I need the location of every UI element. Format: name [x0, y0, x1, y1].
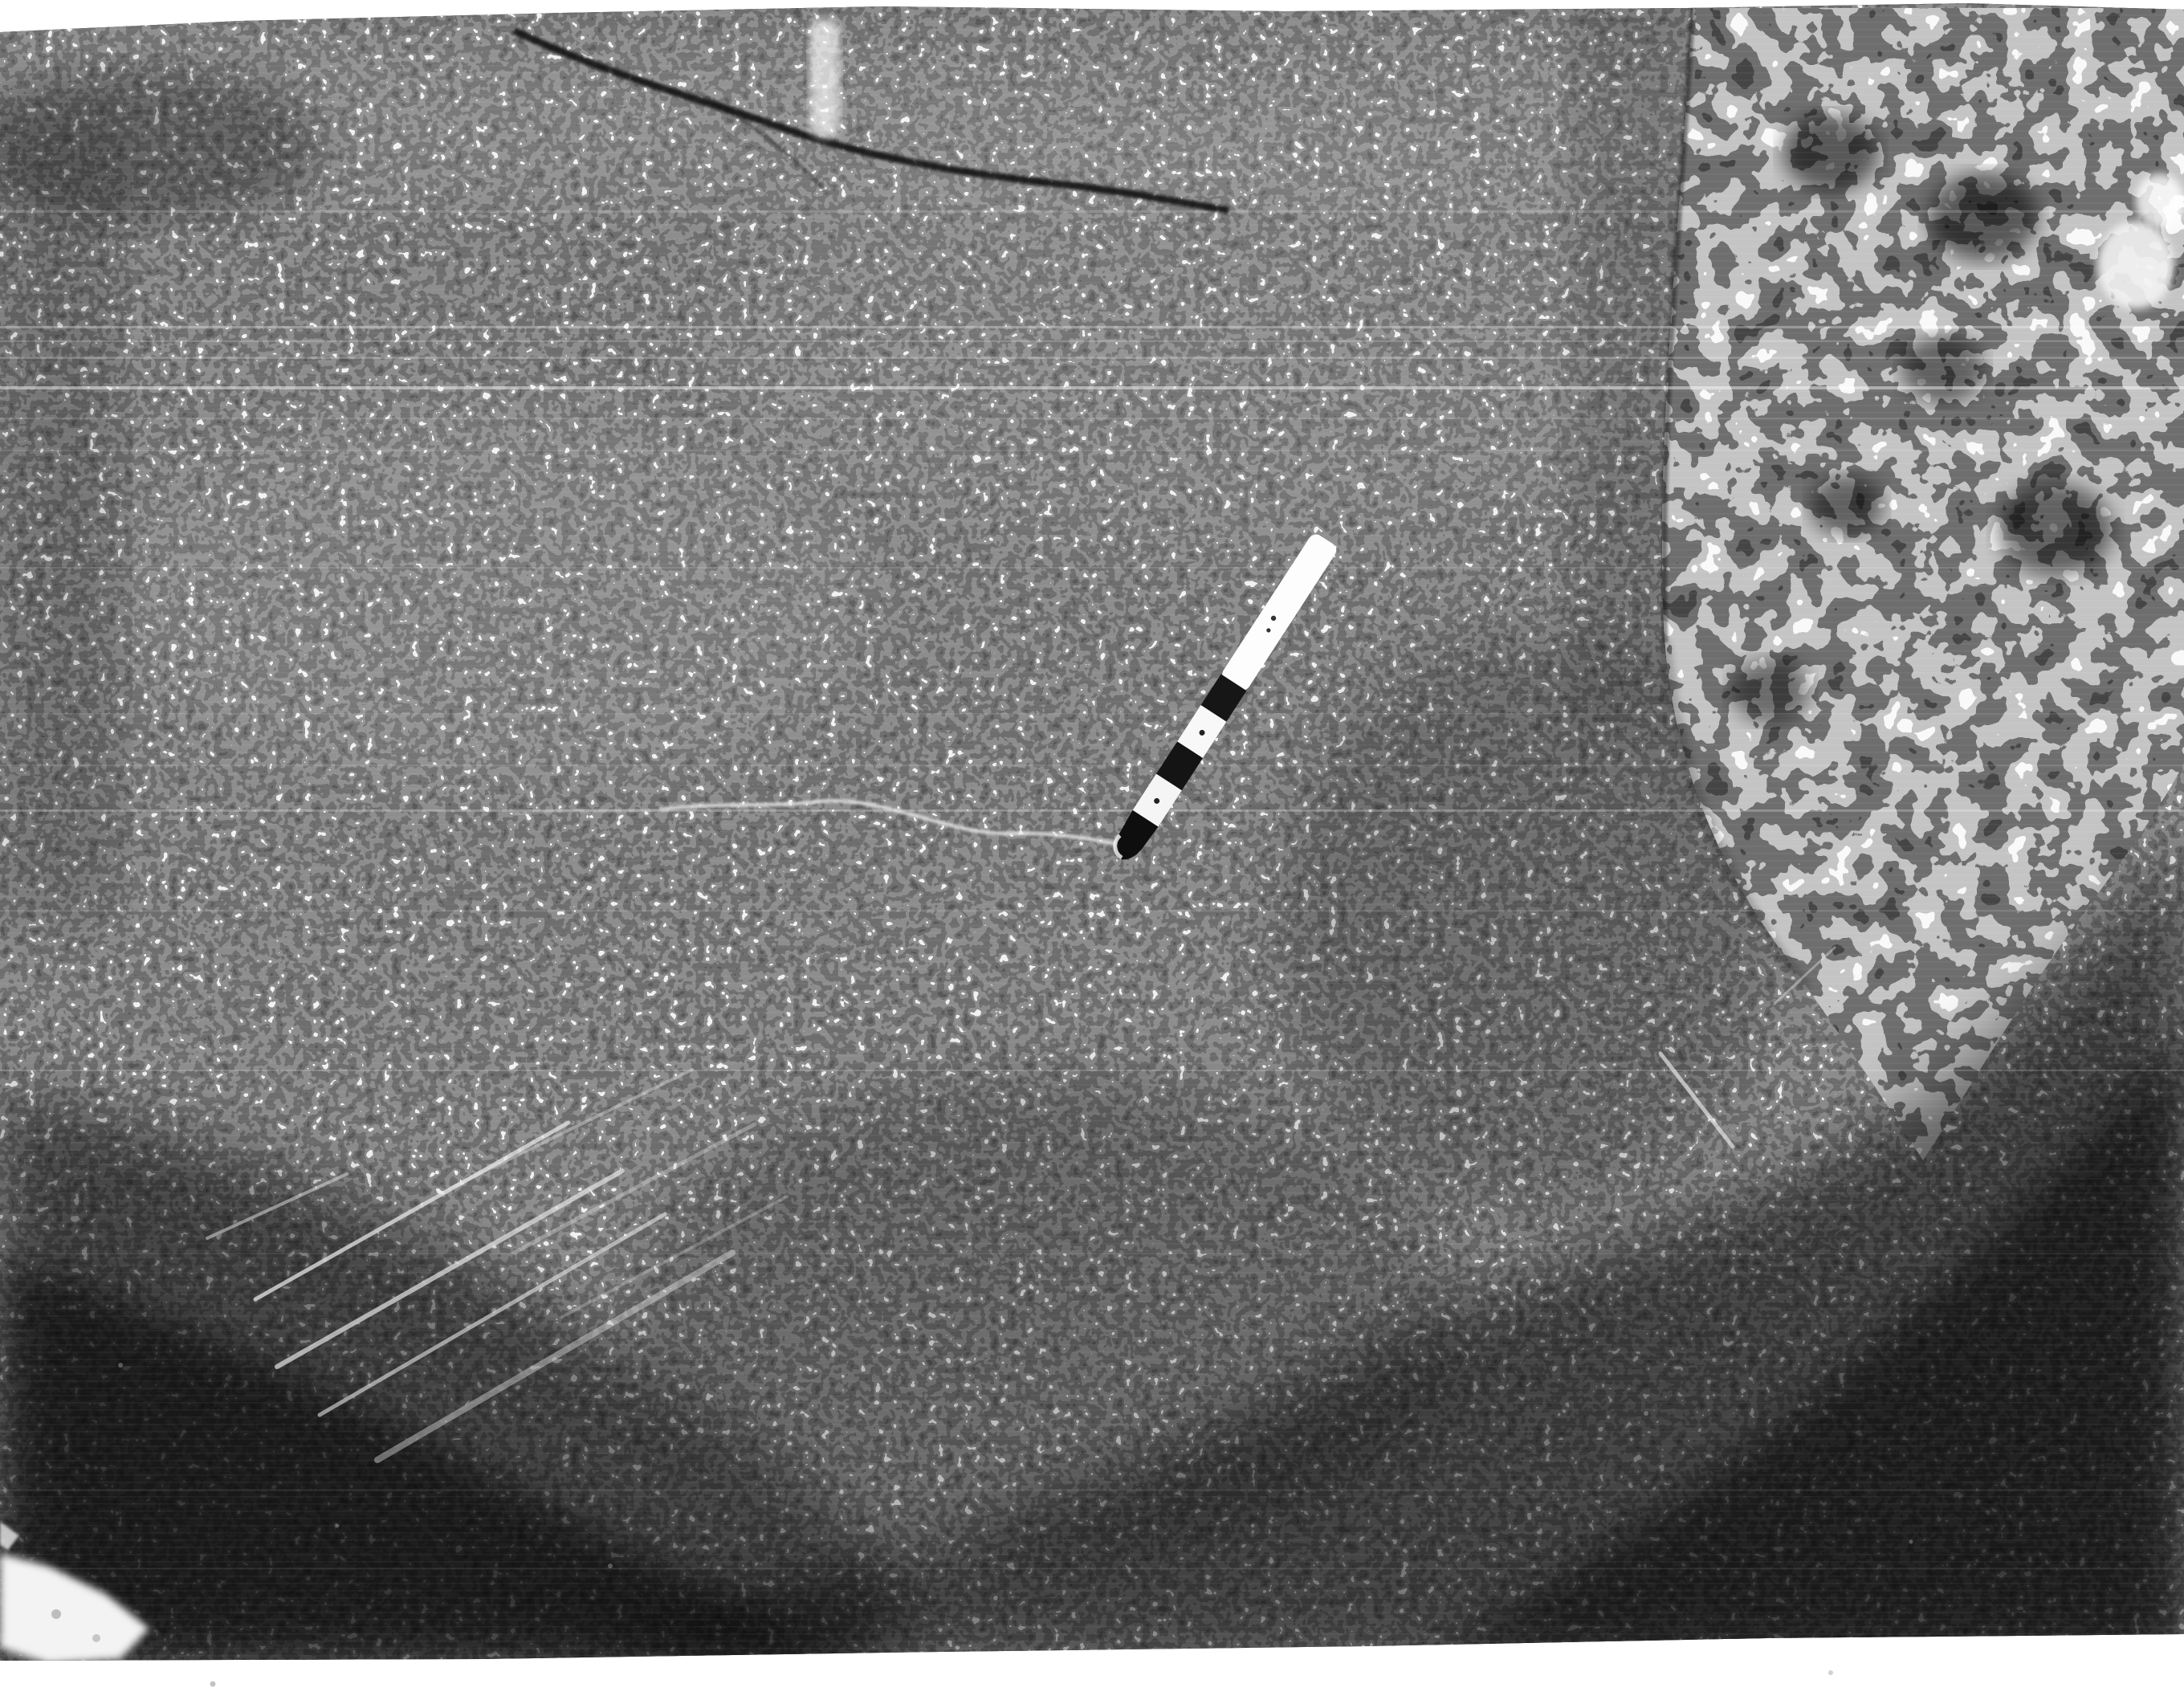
scan-texture — [0, 0, 2184, 1696]
scan-line — [0, 1490, 2184, 1491]
clast-speckle — [92, 1634, 100, 1642]
scan-line — [0, 357, 2184, 359]
scan-line — [0, 340, 2184, 342]
scan-line — [0, 210, 2184, 213]
scan-line — [0, 450, 2184, 451]
photocopy-page — [0, 0, 2184, 1696]
scan-line — [0, 1070, 2184, 1071]
scan-line — [0, 1253, 2184, 1254]
margin-speck — [210, 1682, 216, 1687]
scan-line — [0, 713, 2184, 715]
scan-line — [0, 326, 2184, 328]
scan-line — [0, 567, 2184, 569]
margin-speck — [1828, 1670, 1833, 1675]
scan-line — [0, 418, 2184, 419]
bright-streak — [809, 18, 840, 138]
clast-speckle — [51, 1609, 61, 1619]
scan-line — [0, 809, 2184, 812]
scan-line — [0, 386, 2184, 389]
photo — [0, 0, 2184, 1696]
scan-line — [0, 910, 2184, 911]
scan-line — [0, 764, 2184, 766]
scan-line — [0, 1568, 2184, 1569]
rock-outcrop-photo — [0, 0, 2184, 1696]
